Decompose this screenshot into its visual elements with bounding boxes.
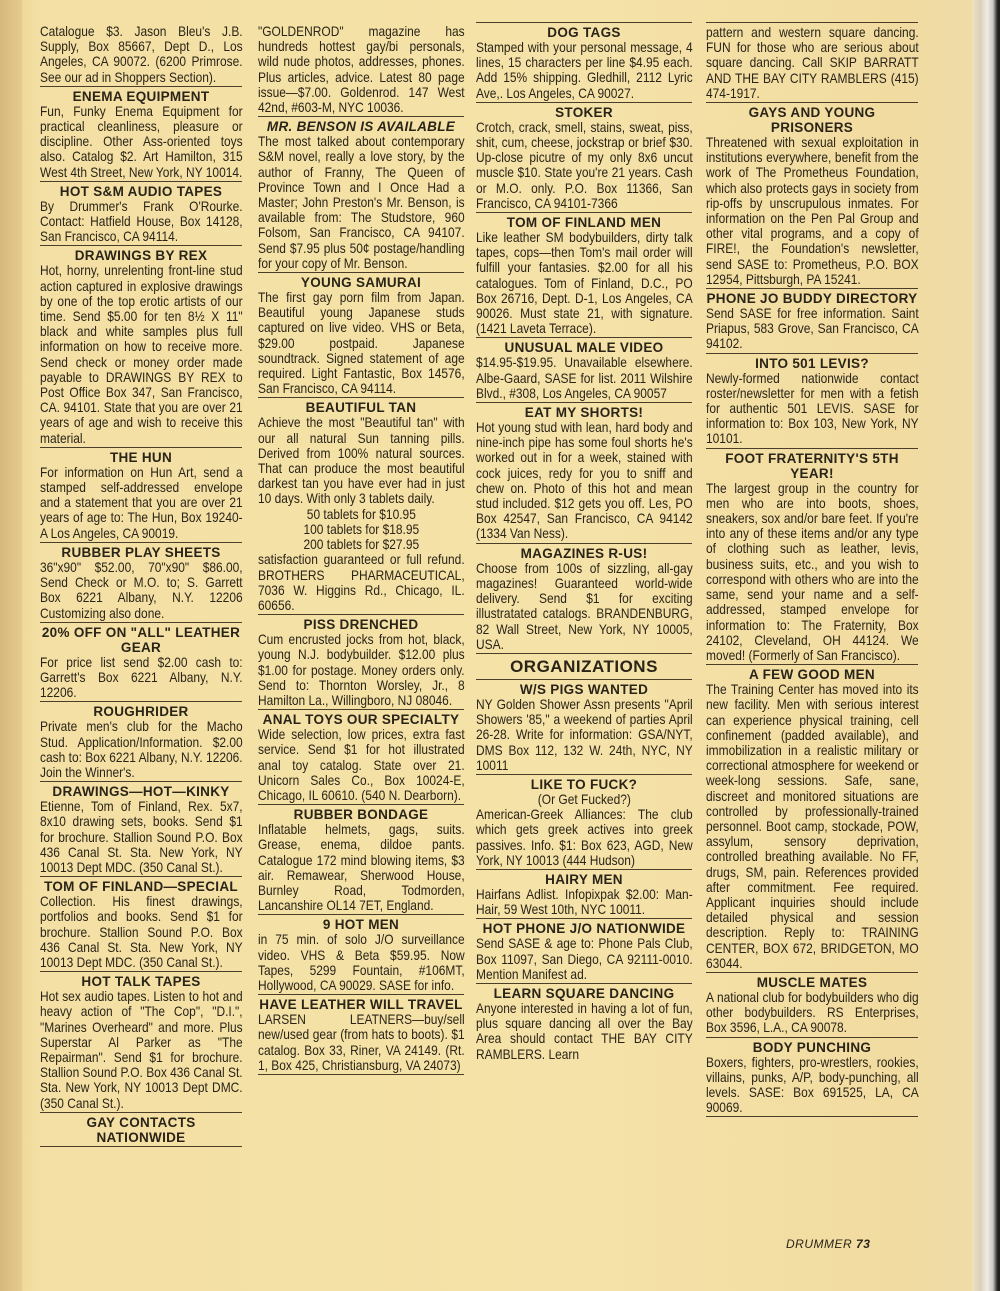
page-footer: DRUMMER 73: [786, 1237, 870, 1251]
ad-body: Anyone interested in having a lot of fun…: [476, 1001, 693, 1062]
ad-young-samurai: YOUNG SAMURAIThe first gay porn film fro…: [258, 273, 464, 398]
ad-body: The Training Center has moved into its n…: [706, 682, 919, 971]
ad-heading: EAT MY SHORTS!: [476, 405, 692, 420]
ad-rubber-bondage: RUBBER BONDAGEInflatable helmets, gags, …: [258, 805, 464, 915]
column-4: pattern and western square dancing. FUN …: [706, 22, 918, 1117]
ad-heading: PHONE JO BUDDY DIRECTORY: [706, 291, 918, 306]
ad-square-dancing-continued: pattern and western square dancing. FUN …: [706, 22, 918, 103]
ad-heading: TOM OF FINLAND MEN: [476, 215, 692, 230]
ad-muscle-mates: MUSCLE MATESA national club for bodybuil…: [706, 973, 918, 1038]
ad-body: Crotch, crack, smell, stains, sweat, pis…: [476, 120, 693, 211]
ad-heading: ROUGHRIDER: [40, 704, 242, 719]
ad-heading: 9 HOT MEN: [258, 917, 464, 932]
column-2: "GOLDENROD" magazine has hundreds hottes…: [258, 22, 464, 1075]
ad-body: Wide selection, low prices, extra fast s…: [258, 727, 465, 803]
ad-unusual-male-video: UNUSUAL MALE VIDEO$14.95-$19.95. Unavail…: [476, 338, 692, 403]
ad-body: Hot young stud with lean, hard body and …: [476, 420, 693, 542]
ad-dog-tags: DOG TAGSStamped with your personal messa…: [476, 22, 692, 103]
ad-heading: HOT TALK TAPES: [40, 974, 242, 989]
ad-stoker: STOKERCrotch, crack, smell, stains, swea…: [476, 103, 692, 213]
page-binding-shadow: [0, 0, 22, 1291]
ad-body: Fun, Funky Enema Equipment for practical…: [40, 104, 243, 180]
ad-body: Stamped with your personal message, 4 li…: [476, 40, 693, 101]
ad-heading: HOT PHONE J/O NATIONWIDE: [476, 921, 692, 936]
ad-heading: TOM OF FINLAND—SPECIAL: [40, 879, 242, 894]
ad-heading: UNUSUAL MALE VIDEO: [476, 340, 692, 355]
ad-enema-equipment: ENEMA EQUIPMENTFun, Funky Enema Equipmen…: [40, 87, 242, 182]
ad-heading: HAVE LEATHER WILL TRAVEL: [258, 997, 464, 1012]
ad-heading: PISS DRENCHED: [258, 617, 464, 632]
ad-body: Hot sex audio tapes. Listen to hot and h…: [40, 989, 243, 1111]
ad-mr-benson: MR. BENSON IS AVAILABLEThe most talked a…: [258, 117, 464, 273]
ad-body-punching: BODY PUNCHINGBoxers, fighters, pro-wrest…: [706, 1038, 918, 1118]
ad-body: Send SASE & age to: Phone Pals Club, Box…: [476, 936, 693, 982]
ad-heading: ANAL TOYS OUR SPECIALTY: [258, 712, 464, 727]
ad-body-continued: satisfaction guaranteed or full refund. …: [258, 552, 465, 613]
ad-beautiful-tan: BEAUTIFUL TAN Achieve the most "Beautifu…: [258, 398, 464, 615]
ad-body: For information on Hun Art, send a stamp…: [40, 465, 243, 541]
ad-body: Newly-formed nationwide contact roster/n…: [706, 371, 919, 447]
ad-body: The most talked about contemporary S&M n…: [258, 134, 465, 271]
ad-body: Etienne, Tom of Finland, Rex. 5x7, 8x10 …: [40, 799, 243, 875]
ad-into-501-levis: INTO 501 LEVIS?Newly-formed nationwide c…: [706, 354, 918, 449]
ad-body: Threatened with sexual exploitation in i…: [706, 135, 919, 287]
ad-body: American-Greek Alliances: The club which…: [476, 807, 693, 868]
ad-body: in 75 min. of solo J/O surveillance vide…: [258, 932, 465, 993]
price-line: 50 tablets for $10.95: [258, 507, 465, 522]
ad-body: Hot, horny, unrelenting front-line stud …: [40, 263, 243, 445]
ad-hot-sm-audio-tapes: HOT S&M AUDIO TAPESBy Drummer's Frank O'…: [40, 182, 242, 247]
ad-heading: INTO 501 LEVIS?: [706, 356, 918, 371]
ad-heading: GAY CONTACTS NATIONWIDE: [40, 1115, 242, 1145]
ad-learn-square-dancing: LEARN SQUARE DANCINGAnyone interested in…: [476, 984, 692, 1063]
ad-heading: HOT S&M AUDIO TAPES: [40, 184, 242, 199]
ad-hot-phone-jo: HOT PHONE J/O NATIONWIDESend SASE & age …: [476, 919, 692, 984]
ad-drawings-hot-kinky: DRAWINGS—HOT—KINKYEtienne, Tom of Finlan…: [40, 782, 242, 877]
ad-body: The first gay porn film from Japan. Beau…: [258, 290, 465, 396]
column-3: DOG TAGSStamped with your personal messa…: [476, 22, 692, 1063]
ad-ws-pigs-wanted: W/S PIGS WANTEDNY Golden Shower Assn pre…: [476, 680, 692, 775]
ad-foot-fraternity: FOOT FRATERNITY'S 5TH YEAR!The largest g…: [706, 449, 918, 665]
ad-roughrider: ROUGHRIDERPrivate men's club for the Mac…: [40, 702, 242, 782]
ad-body: pattern and western square dancing. FUN …: [706, 25, 919, 101]
ad-heading: BODY PUNCHING: [706, 1040, 918, 1055]
ad-the-hun: THE HUNFor information on Hun Art, send …: [40, 448, 242, 543]
ad-body: Boxers, fighters, pro-wrestlers, rookies…: [706, 1055, 919, 1116]
book-page-edge: [972, 0, 1000, 1291]
ad-body: The largest group in the country for men…: [706, 481, 919, 663]
ad-goldenrod: "GOLDENROD" magazine has hundreds hottes…: [258, 22, 464, 117]
ad-jb-supply: Catalogue $3. Jason Bleu's J.B. Supply, …: [40, 22, 242, 87]
ad-heading: BEAUTIFUL TAN: [258, 400, 464, 415]
ad-anal-toys: ANAL TOYS OUR SPECIALTYWide selection, l…: [258, 710, 464, 805]
ad-body: Choose from 100s of sizzling, all-gay ma…: [476, 561, 693, 652]
ad-heading: YOUNG SAMURAI: [258, 275, 464, 290]
ad-heading: W/S PIGS WANTED: [476, 682, 692, 697]
ad-eat-my-shorts: EAT MY SHORTS!Hot young stud with lean, …: [476, 403, 692, 544]
ad-a-few-good-men: A FEW GOOD MENThe Training Center has mo…: [706, 665, 918, 973]
ad-hairy-men: HAIRY MENHairfans Adlist. Infopixpak $2.…: [476, 870, 692, 919]
ad-heading: MUSCLE MATES: [706, 975, 918, 990]
ad-drawings-by-rex: DRAWINGS BY REXHot, horny, unrelenting f…: [40, 246, 242, 447]
section-heading-organizations: ORGANIZATIONS: [476, 654, 692, 680]
ad-body: Like leather SM bodybuilders, dirty talk…: [476, 230, 693, 336]
ad-heading: MAGAZINES R-US!: [476, 546, 692, 561]
ad-hot-talk-tapes: HOT TALK TAPESHot sex audio tapes. Liste…: [40, 972, 242, 1113]
magazine-page: Catalogue $3. Jason Bleu's J.B. Supply, …: [0, 0, 980, 1291]
ad-leather-gear-discount: 20% OFF ON "ALL" LEATHER GEARFor price l…: [40, 623, 242, 703]
ad-heading: RUBBER BONDAGE: [258, 807, 464, 822]
ad-body: Cum encrusted jocks from hot, black, you…: [258, 632, 465, 708]
ad-body: Hairfans Adlist. Infopixpak $2.00: Man-H…: [476, 887, 693, 917]
ad-gay-contacts-nationwide: GAY CONTACTS NATIONWIDE: [40, 1113, 242, 1147]
page-number: 73: [856, 1237, 870, 1251]
ad-subheading: (Or Get Fucked?): [476, 792, 693, 807]
ad-heading: LEARN SQUARE DANCING: [476, 986, 692, 1001]
ad-body: Catalogue $3. Jason Bleu's J.B. Supply, …: [40, 24, 243, 85]
column-1: Catalogue $3. Jason Bleu's J.B. Supply, …: [40, 22, 242, 1147]
ad-body: 36"x90" $52.00, 70"x90" $86.00, Send Che…: [40, 560, 243, 621]
ad-piss-drenched: PISS DRENCHEDCum encrusted jocks from ho…: [258, 615, 464, 710]
ad-body: Collection. His finest drawings, portfol…: [40, 894, 243, 970]
ad-heading: FOOT FRATERNITY'S 5TH YEAR!: [706, 451, 918, 481]
ad-magazines-r-us: MAGAZINES R-US!Choose from 100s of sizzl…: [476, 544, 692, 654]
ad-heading: LIKE TO FUCK?: [476, 777, 692, 792]
ad-heading: A FEW GOOD MEN: [706, 667, 918, 682]
ad-heading: 20% OFF ON "ALL" LEATHER GEAR: [40, 625, 242, 655]
ad-heading: THE HUN: [40, 450, 242, 465]
ad-body: NY Golden Shower Assn presents "April Sh…: [476, 697, 693, 773]
ad-like-to-fuck: LIKE TO FUCK?(Or Get Fucked?)American-Gr…: [476, 775, 692, 870]
ad-heading: MR. BENSON IS AVAILABLE: [258, 119, 464, 134]
ad-body: Send SASE for free information. Saint Pr…: [706, 306, 919, 352]
ad-heading: DOG TAGS: [476, 25, 692, 40]
ad-body: By Drummer's Frank O'Rourke. Contact: Ha…: [40, 199, 243, 245]
ad-heading: RUBBER PLAY SHEETS: [40, 545, 242, 560]
ad-body: Inflatable helmets, gags, suits. Grease,…: [258, 822, 465, 913]
ad-heading: ENEMA EQUIPMENT: [40, 89, 242, 104]
ad-body: LARSEN LEATNERS—buy/sell new/used gear (…: [258, 1012, 465, 1073]
ad-body: $14.95-$19.95. Unavailable elsewhere. Al…: [476, 355, 693, 401]
ad-gays-and-young-prisoners: GAYS AND YOUNG PRISONERSThreatened with …: [706, 103, 918, 289]
ad-have-leather-will-travel: HAVE LEATHER WILL TRAVELLARSEN LEATNERS—…: [258, 995, 464, 1075]
ad-tom-of-finland-special: TOM OF FINLAND—SPECIALCollection. His fi…: [40, 877, 242, 972]
ad-body: A national club for bodybuilders who dig…: [706, 990, 919, 1036]
ad-9-hot-men: 9 HOT MENin 75 min. of solo J/O surveill…: [258, 915, 464, 995]
publication-name: DRUMMER: [786, 1237, 852, 1251]
ad-heading: DRAWINGS—HOT—KINKY: [40, 784, 242, 799]
price-line: 200 tablets for $27.95: [258, 537, 465, 552]
ad-heading: STOKER: [476, 105, 692, 120]
ad-heading: GAYS AND YOUNG PRISONERS: [706, 105, 918, 135]
ad-heading: HAIRY MEN: [476, 872, 692, 887]
price-line: 100 tablets for $18.95: [258, 522, 465, 537]
ad-heading: DRAWINGS BY REX: [40, 248, 242, 263]
ad-body: Private men's club for the Macho Stud. A…: [40, 719, 243, 780]
ad-rubber-play-sheets: RUBBER PLAY SHEETS36"x90" $52.00, 70"x90…: [40, 543, 242, 623]
ad-tom-of-finland-men: TOM OF FINLAND MENLike leather SM bodybu…: [476, 213, 692, 338]
ad-body: "GOLDENROD" magazine has hundreds hottes…: [258, 24, 465, 115]
ad-body: Achieve the most "Beautiful tan" with ou…: [258, 415, 465, 506]
ad-body: For price list send $2.00 cash to: Garre…: [40, 655, 243, 701]
ad-phone-jo-buddy-directory: PHONE JO BUDDY DIRECTORYSend SASE for fr…: [706, 289, 918, 354]
